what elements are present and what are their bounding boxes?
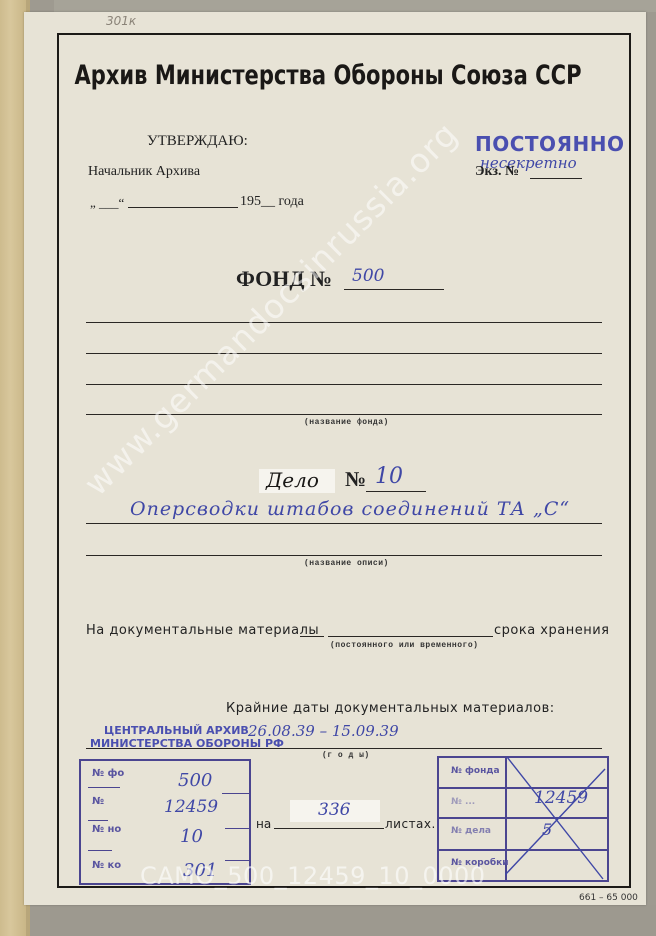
chief-label: Начальник Архива (88, 164, 200, 180)
date-year-label: 195__ года (240, 194, 304, 210)
header-title: Архив Министерства Обороны Союза ССР (72, 60, 584, 91)
delo-value: 10 (375, 464, 403, 489)
stamp-right-crossed-value-2: 5 (542, 820, 552, 839)
delo-title-line (86, 523, 602, 524)
stamp-left-tick (225, 828, 250, 829)
date-prefix: „ ___“ (90, 195, 124, 211)
stamp-right-label-2: № ... (451, 797, 475, 807)
background-bottom (50, 905, 656, 936)
stamp-right-label-3: № дела (451, 826, 491, 836)
stamp-left-tick (222, 793, 250, 794)
fond-name-line-3 (86, 384, 602, 385)
dates-line (86, 748, 602, 749)
delo-label: Дело (266, 468, 319, 492)
delo-title-handwritten: Оперсводки штабов соединений ТА „С“ (130, 498, 570, 520)
stamp-left-label-2: № (92, 796, 104, 807)
dates-value: 26.08.39 – 15.09.39 (248, 722, 399, 740)
sheets-value: 336 (318, 800, 350, 820)
delo-number-sign: № (345, 467, 366, 492)
stamp-left-label-1: № фо (92, 768, 124, 779)
sheets-prefix: на (256, 817, 271, 831)
fond-value-line (344, 289, 444, 290)
date-line (128, 207, 238, 208)
copy-label: Экз. № (475, 164, 519, 180)
stamp-left-divider (88, 787, 120, 788)
stamp-left-divider (88, 820, 108, 821)
dates-caption: (г о д ы) (322, 751, 370, 760)
materials-suffix: срока хранения (494, 623, 609, 638)
inventory-caption: (название описи) (304, 559, 389, 568)
stamp-left-value-2: 12459 (164, 797, 218, 817)
pencil-archive-number: 301к (106, 14, 136, 28)
stamp-right-label-1: № фонда (451, 766, 500, 776)
background-top (54, 0, 656, 12)
stamp-left-tick (225, 860, 250, 861)
fond-caption: (название фонда) (304, 418, 389, 427)
central-archive-stamp-line1: ЦЕНТРАЛЬНЫЙ АРХИВ (104, 724, 249, 737)
stamp-left-label-4: № ко (92, 860, 121, 871)
sheets-suffix: листах. (385, 817, 436, 831)
fond-name-line-1 (86, 322, 602, 323)
cross-out-mark (505, 757, 609, 882)
fond-value: 500 (352, 266, 384, 286)
stamp-left-value-1: 500 (178, 770, 212, 791)
materials-short-line (300, 636, 324, 637)
materials-caption: (постоянного или временного) (330, 641, 478, 650)
delo-value-line (366, 491, 426, 492)
approve-label: УТВЕРЖДАЮ: (147, 133, 248, 150)
binding-strip (0, 0, 26, 936)
stamp-left-label-3: № но (92, 824, 121, 835)
stamp-left-value-3: 10 (180, 826, 203, 847)
fond-name-line-2 (86, 353, 602, 354)
inventory-line (86, 555, 602, 556)
materials-line (328, 636, 493, 637)
copy-number-line (530, 178, 582, 179)
materials-prefix: На документальные материалы (86, 623, 319, 638)
file-id-watermark: CAMO_500_12459_10_0000 (140, 862, 486, 890)
form-code: 661 – 65 000 (579, 893, 638, 903)
stamp-right-crossed-value: 12459 (534, 788, 588, 808)
sheets-line (274, 828, 384, 829)
stamp-left-divider (88, 850, 112, 851)
retention-stamp: ПОСТОЯННО (475, 132, 624, 156)
dates-heading: Крайние даты документальных материалов: (226, 701, 555, 716)
